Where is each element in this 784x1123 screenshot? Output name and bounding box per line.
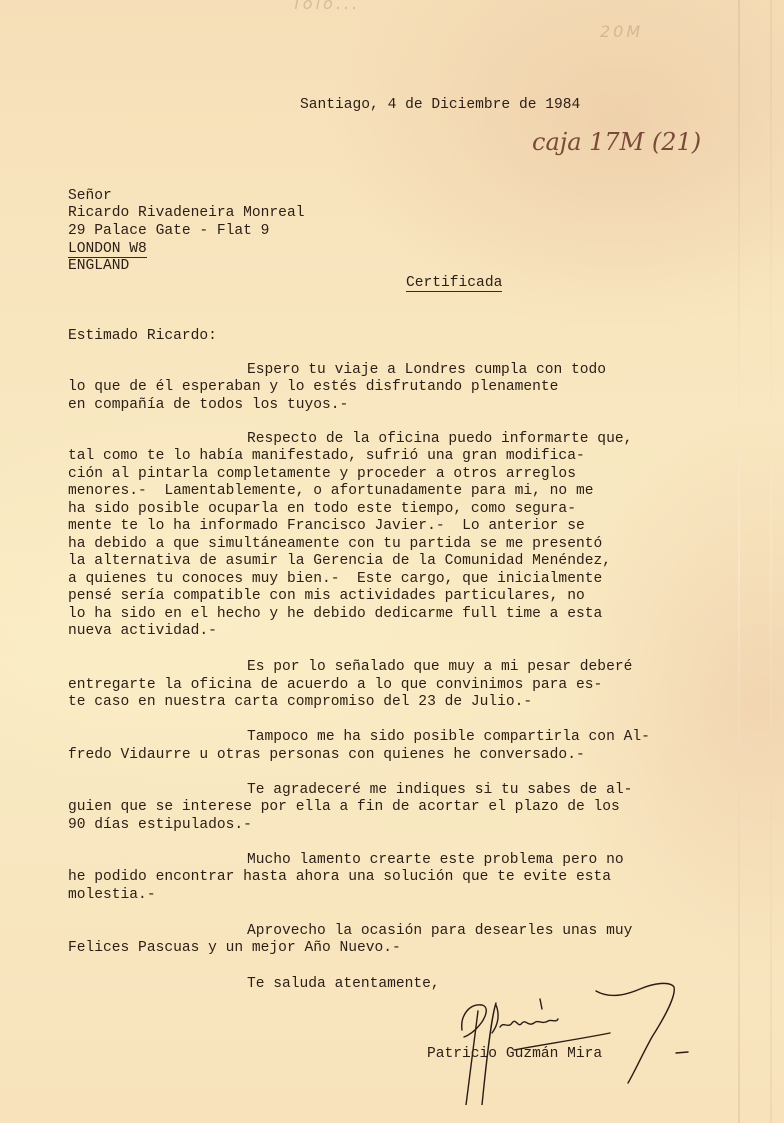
paragraph-line: a quienes tu conoces muy bien.- Este car…	[68, 570, 602, 588]
paragraph-line: Te agradeceré me indiques si tu sabes de…	[247, 781, 632, 799]
delivery-mode: Certificada	[406, 274, 502, 292]
closing: Te saluda atentamente,	[247, 975, 440, 993]
delivery-mode-text: Certificada	[406, 275, 502, 292]
paragraph-line: lo que de él esperaban y lo estés disfru…	[68, 378, 558, 396]
paragraph-line: Aprovecho la ocasión para desearles unas…	[247, 922, 632, 940]
paragraph-line: Respecto de la oficina puedo informarte …	[247, 430, 632, 448]
paragraph-line: Espero tu viaje a Londres cumpla con tod…	[247, 361, 606, 379]
recipient-country: ENGLAND	[68, 257, 129, 275]
paragraph-line: Es por lo señalado que muy a mi pesar de…	[247, 658, 632, 676]
paragraph-line: molestia.-	[68, 886, 156, 904]
paragraph-line: la alternativa de asumir la Gerencia de …	[68, 552, 611, 570]
greeting: Estimado Ricardo:	[68, 327, 217, 345]
paragraph-line: tal como te lo había manifestado, sufrió…	[68, 447, 585, 465]
signatory-name: Patricio Guzmán Mira	[427, 1045, 602, 1063]
paragraph-line: 90 días estipulados.-	[68, 816, 252, 834]
paragraph-line: Mucho lamento crearte este problema pero…	[247, 851, 624, 869]
paragraph-line: en compañía de todos los tuyos.-	[68, 396, 348, 414]
paragraph-line: ha sido posible ocuparla en todo este ti…	[68, 500, 576, 518]
recipient-address: 29 Palace Gate - Flat 9	[68, 222, 269, 240]
signature-icon	[430, 975, 710, 1105]
paragraph-line: he podido encontrar hasta ahora una solu…	[68, 868, 611, 886]
paragraph-line: mente te lo ha informado Francisco Javie…	[68, 517, 585, 535]
paragraph-line: nueva actividad.-	[68, 622, 217, 640]
paragraph-line: te caso en nuestra carta compromiso del …	[68, 693, 532, 711]
recipient-city: LONDON W8	[68, 240, 147, 258]
paper-crease	[738, 0, 740, 1123]
recipient-title: Señor	[68, 187, 112, 205]
paragraph-line: menores.- Lamentablemente, o afortunadam…	[68, 482, 593, 500]
paragraph-line: pensé sería compatible con mis actividad…	[68, 587, 585, 605]
paragraph-line: entregarte la oficina de acuerdo a lo qu…	[68, 676, 602, 694]
paper-crease	[770, 0, 772, 1123]
paragraph-line: ción al pintarla completamente y procede…	[68, 465, 576, 483]
recipient-name: Ricardo Rivadeneira Monreal	[68, 204, 304, 222]
paragraph-line: Tampoco me ha sido posible compartirla c…	[247, 728, 650, 746]
place-date: Santiago, 4 de Diciembre de 1984	[300, 96, 580, 114]
paragraph-line: guien que se interese por ella a fin de …	[68, 798, 620, 816]
paragraph-line: lo ha sido en el hecho y he debido dedic…	[68, 605, 602, 623]
pencil-annotation-top: Tolo...	[292, 0, 360, 13]
paragraph-line: ha debido a que simultáneamente con tu p…	[68, 535, 602, 553]
paragraph-line: Felices Pascuas y un mejor Año Nuevo.-	[68, 939, 401, 957]
paragraph-line: fredo Vidaurre u otras personas con quie…	[68, 746, 585, 764]
pencil-annotation-ref: 20M	[600, 22, 643, 41]
recipient-city-text: LONDON W8	[68, 241, 147, 258]
box-reference-annotation: caja 17M (21)	[532, 128, 701, 156]
